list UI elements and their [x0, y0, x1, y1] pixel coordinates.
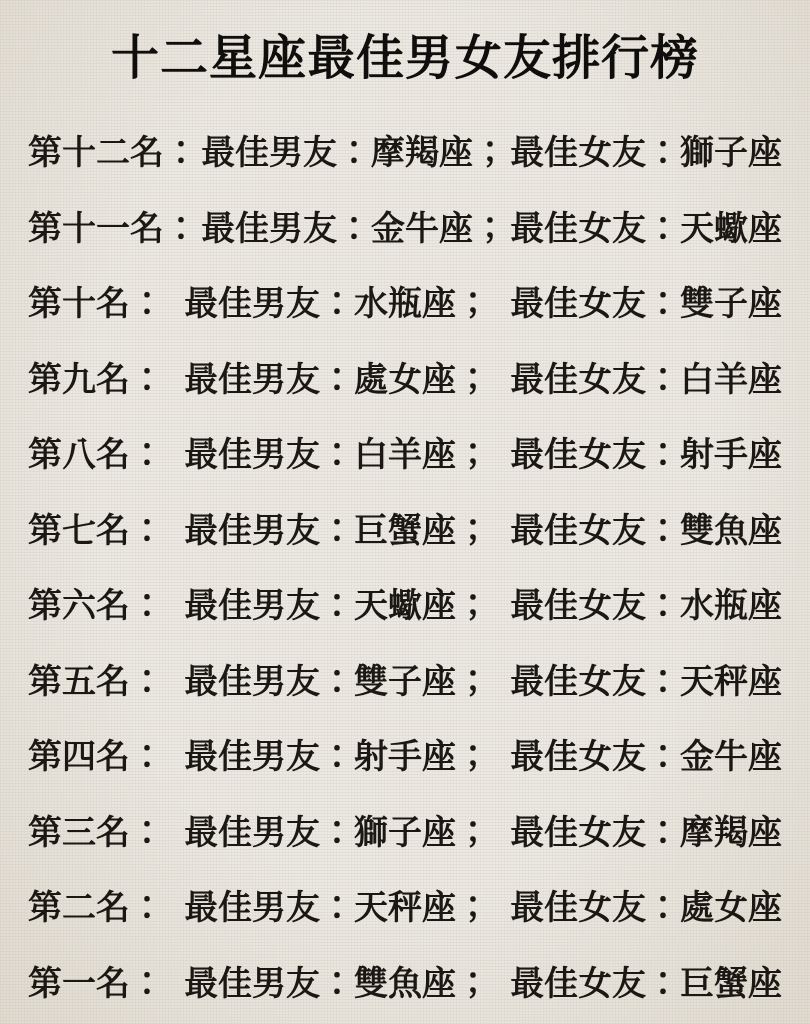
best-girlfriend-label: 最佳女友 [510, 285, 646, 323]
ranking-row: 第八名： 最佳男友：白羊座； 最佳女友：射手座 [28, 414, 782, 490]
rank-label: 第八名 [28, 436, 130, 474]
colon-separator: ： [130, 361, 164, 399]
girlfriend-segment: 最佳女友：巨蟹座 [510, 956, 782, 1005]
girlfriend-sign: 獅子座 [680, 134, 782, 172]
rank-segment: 第六名： [28, 578, 164, 627]
colon-separator: ： [646, 814, 680, 852]
colon-separator: ： [130, 663, 164, 701]
colon-separator: ： [130, 889, 164, 927]
girlfriend-sign: 摩羯座 [680, 814, 782, 852]
rank-label: 第六名 [28, 587, 130, 625]
colon-separator: ： [320, 965, 354, 1003]
colon-separator: ： [646, 512, 680, 550]
best-girlfriend-label: 最佳女友 [510, 587, 646, 625]
colon-separator: ： [130, 738, 164, 776]
semicolon-separator: ； [456, 814, 490, 852]
girlfriend-sign: 巨蟹座 [680, 965, 782, 1003]
best-boyfriend-label: 最佳男友 [201, 134, 337, 172]
colon-separator: ： [646, 738, 680, 776]
rank-segment: 第四名： [28, 729, 164, 778]
girlfriend-sign: 天蠍座 [680, 210, 782, 248]
boyfriend-segment: 最佳男友：水瓶座； [184, 276, 490, 325]
best-boyfriend-label: 最佳男友 [184, 285, 320, 323]
rank-label: 第五名 [28, 663, 130, 701]
colon-separator: ： [320, 889, 354, 927]
colon-separator: ： [320, 436, 354, 474]
girlfriend-segment: 最佳女友：雙魚座 [510, 503, 782, 552]
colon-separator: ： [320, 738, 354, 776]
best-boyfriend-label: 最佳男友 [184, 512, 320, 550]
semicolon-separator: ； [456, 285, 490, 323]
semicolon-separator: ； [456, 889, 490, 927]
semicolon-separator: ； [456, 965, 490, 1003]
colon-separator: ： [646, 663, 680, 701]
ranking-row: 第三名： 最佳男友：獅子座； 最佳女友：摩羯座 [28, 792, 782, 868]
girlfriend-sign: 金牛座 [680, 738, 782, 776]
ranking-row: 第七名： 最佳男友：巨蟹座； 最佳女友：雙魚座 [28, 490, 782, 566]
semicolon-separator: ； [456, 436, 490, 474]
ranking-row: 第五名： 最佳男友：雙子座； 最佳女友：天秤座 [28, 641, 782, 717]
best-girlfriend-label: 最佳女友 [510, 436, 646, 474]
boyfriend-sign: 金牛座 [371, 210, 473, 248]
colon-separator: ： [130, 814, 164, 852]
girlfriend-sign: 水瓶座 [680, 587, 782, 625]
colon-separator: ： [164, 210, 198, 248]
girlfriend-sign: 雙魚座 [680, 512, 782, 550]
boyfriend-segment: 最佳男友：雙魚座； [184, 956, 490, 1005]
colon-separator: ： [130, 285, 164, 323]
rank-segment: 第八名： [28, 427, 164, 476]
ranking-row: 第十二名： 最佳男友：摩羯座； 最佳女友：獅子座 [28, 112, 782, 188]
best-boyfriend-label: 最佳男友 [184, 889, 320, 927]
colon-separator: ： [130, 512, 164, 550]
colon-separator: ： [164, 134, 198, 172]
best-boyfriend-label: 最佳男友 [184, 587, 320, 625]
rank-segment: 第五名： [28, 654, 164, 703]
rankings-list: 第十二名： 最佳男友：摩羯座； 最佳女友：獅子座 第十一名： 最佳男友：金牛座；… [28, 112, 782, 1018]
colon-separator: ： [320, 512, 354, 550]
ranking-row: 第九名： 最佳男友：處女座； 最佳女友：白羊座 [28, 339, 782, 415]
girlfriend-segment: 最佳女友：射手座 [510, 427, 782, 476]
colon-separator: ： [646, 436, 680, 474]
ranking-row: 第二名： 最佳男友：天秤座； 最佳女友：處女座 [28, 867, 782, 943]
colon-separator: ： [646, 965, 680, 1003]
ranking-row: 第一名： 最佳男友：雙魚座； 最佳女友：巨蟹座 [28, 943, 782, 1019]
rank-segment: 第二名： [28, 880, 164, 929]
ranking-row: 第十名： 最佳男友：水瓶座； 最佳女友：雙子座 [28, 263, 782, 339]
rank-segment: 第十名： [28, 276, 164, 325]
boyfriend-segment: 最佳男友：雙子座； [184, 654, 490, 703]
best-girlfriend-label: 最佳女友 [510, 814, 646, 852]
girlfriend-sign: 雙子座 [680, 285, 782, 323]
rank-segment: 第九名： [28, 352, 164, 401]
rank-label: 第二名 [28, 889, 130, 927]
colon-separator: ： [337, 210, 371, 248]
colon-separator: ： [320, 663, 354, 701]
best-girlfriend-label: 最佳女友 [510, 512, 646, 550]
rank-label: 第九名 [28, 361, 130, 399]
rank-label: 第四名 [28, 738, 130, 776]
colon-separator: ： [320, 361, 354, 399]
ranking-row: 第四名： 最佳男友：射手座； 最佳女友：金牛座 [28, 716, 782, 792]
colon-separator: ： [130, 965, 164, 1003]
colon-separator: ： [646, 889, 680, 927]
colon-separator: ： [130, 436, 164, 474]
best-girlfriend-label: 最佳女友 [510, 738, 646, 776]
rank-segment: 第一名： [28, 956, 164, 1005]
colon-separator: ： [320, 587, 354, 625]
semicolon-separator: ； [456, 663, 490, 701]
boyfriend-segment: 最佳男友：天蠍座； [184, 578, 490, 627]
boyfriend-segment: 最佳男友：金牛座； [201, 201, 507, 250]
girlfriend-segment: 最佳女友：天蠍座 [510, 201, 782, 250]
semicolon-separator: ； [456, 361, 490, 399]
boyfriend-segment: 最佳男友：獅子座； [184, 805, 490, 854]
girlfriend-segment: 最佳女友：處女座 [510, 880, 782, 929]
best-boyfriend-label: 最佳男友 [184, 436, 320, 474]
boyfriend-segment: 最佳男友：摩羯座； [201, 125, 507, 174]
girlfriend-sign: 射手座 [680, 436, 782, 474]
semicolon-separator: ； [456, 512, 490, 550]
girlfriend-segment: 最佳女友：獅子座 [510, 125, 782, 174]
page-title: 十二星座最佳男女友排行榜 [28, 0, 782, 88]
boyfriend-sign: 射手座 [354, 738, 456, 776]
semicolon-separator: ； [456, 587, 490, 625]
best-boyfriend-label: 最佳男友 [201, 210, 337, 248]
boyfriend-segment: 最佳男友：白羊座； [184, 427, 490, 476]
best-girlfriend-label: 最佳女友 [510, 210, 646, 248]
zodiac-ranking-poster: 十二星座最佳男女友排行榜 第十二名： 最佳男友：摩羯座； 最佳女友：獅子座 第十… [0, 0, 810, 1024]
rank-label: 第十一名 [28, 210, 164, 248]
girlfriend-segment: 最佳女友：摩羯座 [510, 805, 782, 854]
rank-segment: 第十二名： [28, 125, 198, 174]
best-girlfriend-label: 最佳女友 [510, 134, 646, 172]
best-boyfriend-label: 最佳男友 [184, 361, 320, 399]
best-boyfriend-label: 最佳男友 [184, 965, 320, 1003]
boyfriend-sign: 巨蟹座 [354, 512, 456, 550]
rank-label: 第十二名 [28, 134, 164, 172]
colon-separator: ： [646, 361, 680, 399]
rank-segment: 第三名： [28, 805, 164, 854]
best-boyfriend-label: 最佳男友 [184, 738, 320, 776]
boyfriend-segment: 最佳男友：天秤座； [184, 880, 490, 929]
colon-separator: ： [130, 587, 164, 625]
semicolon-separator: ； [473, 210, 507, 248]
boyfriend-sign: 水瓶座 [354, 285, 456, 323]
best-boyfriend-label: 最佳男友 [184, 814, 320, 852]
boyfriend-sign: 白羊座 [354, 436, 456, 474]
boyfriend-sign: 處女座 [354, 361, 456, 399]
rank-label: 第三名 [28, 814, 130, 852]
boyfriend-sign: 天秤座 [354, 889, 456, 927]
best-boyfriend-label: 最佳男友 [184, 663, 320, 701]
colon-separator: ： [320, 814, 354, 852]
semicolon-separator: ； [473, 134, 507, 172]
colon-separator: ： [646, 285, 680, 323]
best-girlfriend-label: 最佳女友 [510, 889, 646, 927]
girlfriend-segment: 最佳女友：白羊座 [510, 352, 782, 401]
best-girlfriend-label: 最佳女友 [510, 663, 646, 701]
rank-label: 第十名 [28, 285, 130, 323]
rank-label: 第七名 [28, 512, 130, 550]
best-girlfriend-label: 最佳女友 [510, 361, 646, 399]
rank-segment: 第七名： [28, 503, 164, 552]
boyfriend-segment: 最佳男友：處女座； [184, 352, 490, 401]
semicolon-separator: ； [456, 738, 490, 776]
colon-separator: ： [646, 134, 680, 172]
ranking-row: 第六名： 最佳男友：天蠍座； 最佳女友：水瓶座 [28, 565, 782, 641]
colon-separator: ： [337, 134, 371, 172]
boyfriend-sign: 雙魚座 [354, 965, 456, 1003]
colon-separator: ： [320, 285, 354, 323]
girlfriend-segment: 最佳女友：金牛座 [510, 729, 782, 778]
girlfriend-segment: 最佳女友：天秤座 [510, 654, 782, 703]
best-girlfriend-label: 最佳女友 [510, 965, 646, 1003]
girlfriend-sign: 白羊座 [680, 361, 782, 399]
boyfriend-sign: 天蠍座 [354, 587, 456, 625]
boyfriend-segment: 最佳男友：巨蟹座； [184, 503, 490, 552]
colon-separator: ： [646, 587, 680, 625]
girlfriend-segment: 最佳女友：雙子座 [510, 276, 782, 325]
girlfriend-segment: 最佳女友：水瓶座 [510, 578, 782, 627]
rank-segment: 第十一名： [28, 201, 198, 250]
colon-separator: ： [646, 210, 680, 248]
girlfriend-sign: 天秤座 [680, 663, 782, 701]
ranking-row: 第十一名： 最佳男友：金牛座； 最佳女友：天蠍座 [28, 188, 782, 264]
rank-label: 第一名 [28, 965, 130, 1003]
boyfriend-sign: 獅子座 [354, 814, 456, 852]
boyfriend-sign: 雙子座 [354, 663, 456, 701]
boyfriend-sign: 摩羯座 [371, 134, 473, 172]
girlfriend-sign: 處女座 [680, 889, 782, 927]
boyfriend-segment: 最佳男友：射手座； [184, 729, 490, 778]
